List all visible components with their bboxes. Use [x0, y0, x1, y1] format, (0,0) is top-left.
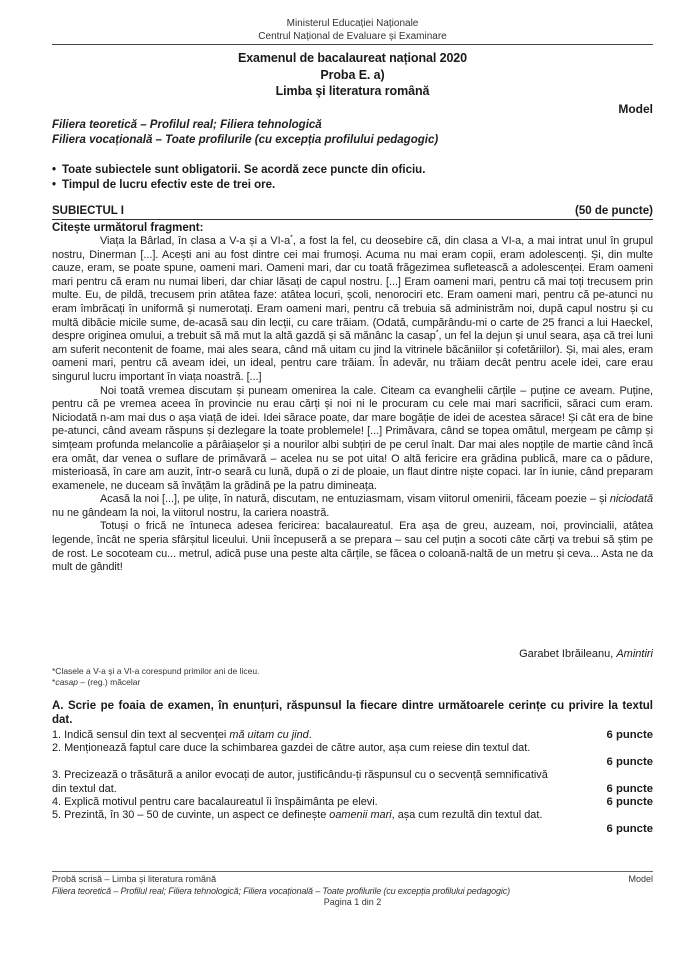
question-item: 2. Menționează faptul care duce la schim… — [52, 742, 653, 769]
filiere-block: Filiera teoretică – Profilul real; Filie… — [52, 118, 438, 147]
question-points: 6 puncte — [52, 823, 653, 836]
section-header: SUBIECTUL I (50 de puncte) — [52, 205, 653, 220]
probe-name: Proba E. a) — [52, 67, 653, 84]
filiera-line-1: Filiera teoretică – Profilul real; Filie… — [52, 118, 438, 133]
section-title: SUBIECTUL I — [52, 205, 124, 217]
page-number: Pagina 1 din 2 — [52, 897, 653, 909]
rule-item: •Toate subiectele sunt obligatorii. Se a… — [52, 163, 425, 178]
question-list: 6 puncte 1. Indică sensul din text al se… — [52, 729, 653, 836]
center-name: Centrul Național de Evaluare și Examinar… — [52, 30, 653, 43]
filiera-line-2: Filiera vocațională – Toate profilurile … — [52, 133, 438, 148]
reading-instruction: Citește următorul fragment: — [52, 222, 203, 234]
attribution: Garabet Ibrăileanu, Amintiri — [519, 648, 653, 660]
paragraph: Acasă la noi [...], pe ulițe, în natură,… — [52, 493, 653, 520]
paragraph: Noi toată vremea discutam și puneam omen… — [52, 385, 653, 494]
bullet-icon: • — [52, 163, 62, 178]
institution-header: Ministerul Educației Naționale Centrul N… — [52, 17, 653, 43]
section-points: (50 de puncte) — [575, 205, 653, 217]
page-footer: Probă scrisă – Limba și literatura român… — [52, 874, 653, 909]
exam-title-block: Examenul de bacalaureat național 2020 Pr… — [52, 50, 653, 100]
footnote: *casap – (reg.) măcelar — [52, 677, 259, 688]
author: Garabet Ibrăileanu, — [519, 648, 616, 660]
header-divider — [52, 44, 653, 45]
model-label: Model — [618, 102, 653, 116]
footer-filiere: Filiera teoretică – Profilul real; Filie… — [52, 886, 653, 898]
question-points: 6 puncte — [607, 729, 653, 742]
question-item: 5. Prezintă, în 30 – 50 de cuvinte, un a… — [52, 809, 653, 836]
bullet-icon: • — [52, 178, 62, 193]
footnotes: *Clasele a V-a și a VI-a corespund primi… — [52, 666, 259, 688]
ministry-name: Ministerul Educației Naționale — [52, 17, 653, 30]
task-instruction: A. Scrie pe foaia de examen, în enunțuri… — [52, 699, 653, 727]
question-item: 3. Precizează o trăsătură a anilor evoca… — [52, 769, 653, 796]
question-points: 6 puncte — [607, 796, 653, 809]
paragraph: Totuși o frică ne întuneca adesea ferici… — [52, 520, 653, 574]
paragraph: Viața la Bârlad, în clasa a V-a și a VI-… — [52, 235, 653, 385]
footer-model: Model — [628, 874, 653, 886]
rule-item: •Timpul de lucru efectiv este de trei or… — [52, 178, 425, 193]
footnote: *Clasele a V-a și a VI-a corespund primi… — [52, 666, 259, 677]
subject-name: Limba şi literatura română — [52, 83, 653, 100]
question-item: 6 puncte 1. Indică sensul din text al se… — [52, 729, 653, 742]
footer-exam: Probă scrisă – Limba și literatura român… — [52, 874, 216, 886]
question-points: 6 puncte — [52, 756, 653, 769]
work-title: Amintiri — [616, 648, 653, 660]
question-item: 6 puncte 4. Explică motivul pentru care … — [52, 796, 653, 809]
question-points: 6 puncte — [607, 783, 653, 796]
footer-divider — [52, 871, 653, 872]
exam-rules: •Toate subiectele sunt obligatorii. Se a… — [52, 163, 425, 193]
exam-name: Examenul de bacalaureat național 2020 — [52, 50, 653, 67]
literary-fragment: Viața la Bârlad, în clasa a V-a și a VI-… — [52, 235, 653, 575]
